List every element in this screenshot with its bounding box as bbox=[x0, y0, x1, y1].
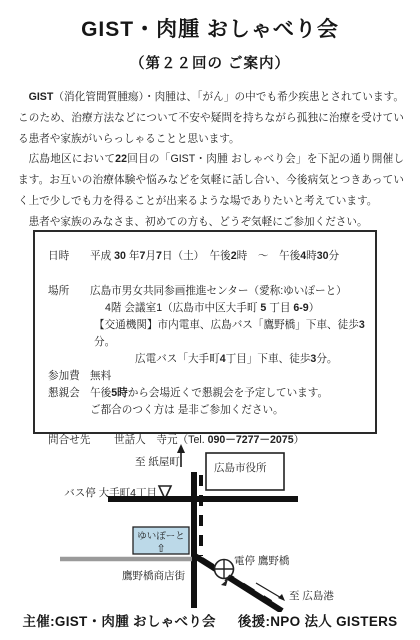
detail-row-place: 場所 広島市男女共同参画推進センター（愛称:ゆいぽーと） 4階 会議室1（広島市… bbox=[48, 283, 367, 368]
tram-stop-pointer-head-icon bbox=[221, 579, 228, 586]
map-label-tram-stop: 電停 鷹野橋 bbox=[234, 554, 290, 567]
detail-label-social: 懇親会 bbox=[48, 385, 90, 402]
north-arrowhead-icon bbox=[177, 444, 185, 453]
footer: 主催:GIST・肉腫 おしゃべり会 後援:NPO 法人 GISTERS bbox=[0, 610, 420, 630]
venue-entrance-arrow-icon: ⇧ bbox=[156, 543, 165, 555]
access-map: 至 紙屋町 広島市役所 バス停 大手町4丁目 ゆいぽーと ⇧ 鷹野橋商店街 電停… bbox=[0, 442, 420, 612]
social-line-2: ご都合のつく方は 是非ご参加ください。 bbox=[90, 402, 367, 419]
port-arrowhead-icon bbox=[278, 594, 285, 601]
detail-row-fee: 参加費 無料 bbox=[48, 368, 367, 385]
detail-label-fee: 参加費 bbox=[48, 368, 90, 385]
datetime-value: 平成 30 年7月7日（土） 午後2時 ～ 午後4時30分 bbox=[90, 248, 367, 265]
detail-label-datetime: 日時 bbox=[48, 248, 90, 265]
detail-row-datetime: 日時 平成 30 年7月7日（土） 午後2時 ～ 午後4時30分 bbox=[48, 248, 367, 265]
footer-supporter: 後援:NPO 法人 GISTERS bbox=[238, 610, 398, 630]
intro-text: GIST（消化管間質腫瘍）・肉腫は、「がん」の中でも希少疾患とされています。この… bbox=[18, 87, 404, 233]
place-line-1: 広島市男女共同参画推進センター（愛称:ゆいぽーと） bbox=[90, 283, 367, 300]
intro-paragraph-1: GIST（消化管間質腫瘍）・肉腫は、「がん」の中でも希少疾患とされています。この… bbox=[18, 87, 404, 149]
page-subtitle: （第２２回の ご案内） bbox=[0, 52, 420, 73]
fee-value: 無料 bbox=[90, 368, 367, 385]
map-label-to-port: 至 広島港 bbox=[289, 589, 334, 602]
footer-organizer: 主催:GIST・肉腫 おしゃべり会 bbox=[23, 610, 216, 630]
map-label-shopping-street: 鷹野橋商店街 bbox=[122, 569, 185, 582]
map-label-to-kamiyacho: 至 紙屋町 bbox=[135, 455, 180, 468]
map-label-city-hall: 広島市役所 bbox=[214, 461, 267, 474]
place-line-2: 4階 会議室1（広島市中区大手町 5 丁目 6-9） bbox=[90, 300, 367, 317]
map-label-venue: ゆいぽーと bbox=[137, 531, 185, 542]
detail-row-social: 懇親会 午後5時から会場近くで懇親会を予定しています。 ご都合のつく方は 是非ご… bbox=[48, 385, 367, 419]
detail-label-place: 場所 bbox=[48, 283, 90, 300]
place-line-4: 広電バス「大手町4丁目」下車、徒歩3分。 bbox=[90, 351, 367, 368]
place-line-3: 【交通機関】市内電車、広島バス「鷹野橋」下車、徒歩3分。 bbox=[90, 317, 367, 351]
page-title: GIST・肉腫 おしゃべり会 bbox=[0, 13, 420, 43]
details-box: 日時 平成 30 年7月7日（土） 午後2時 ～ 午後4時30分 場所 広島市男… bbox=[33, 230, 377, 434]
intro-paragraph-2: 広島地区において22回目の「GIST・肉腫 おしゃべり会」を下記の通り開催します… bbox=[18, 149, 404, 211]
social-line-1: 午後5時から会場近くで懇親会を予定しています。 bbox=[90, 385, 367, 402]
